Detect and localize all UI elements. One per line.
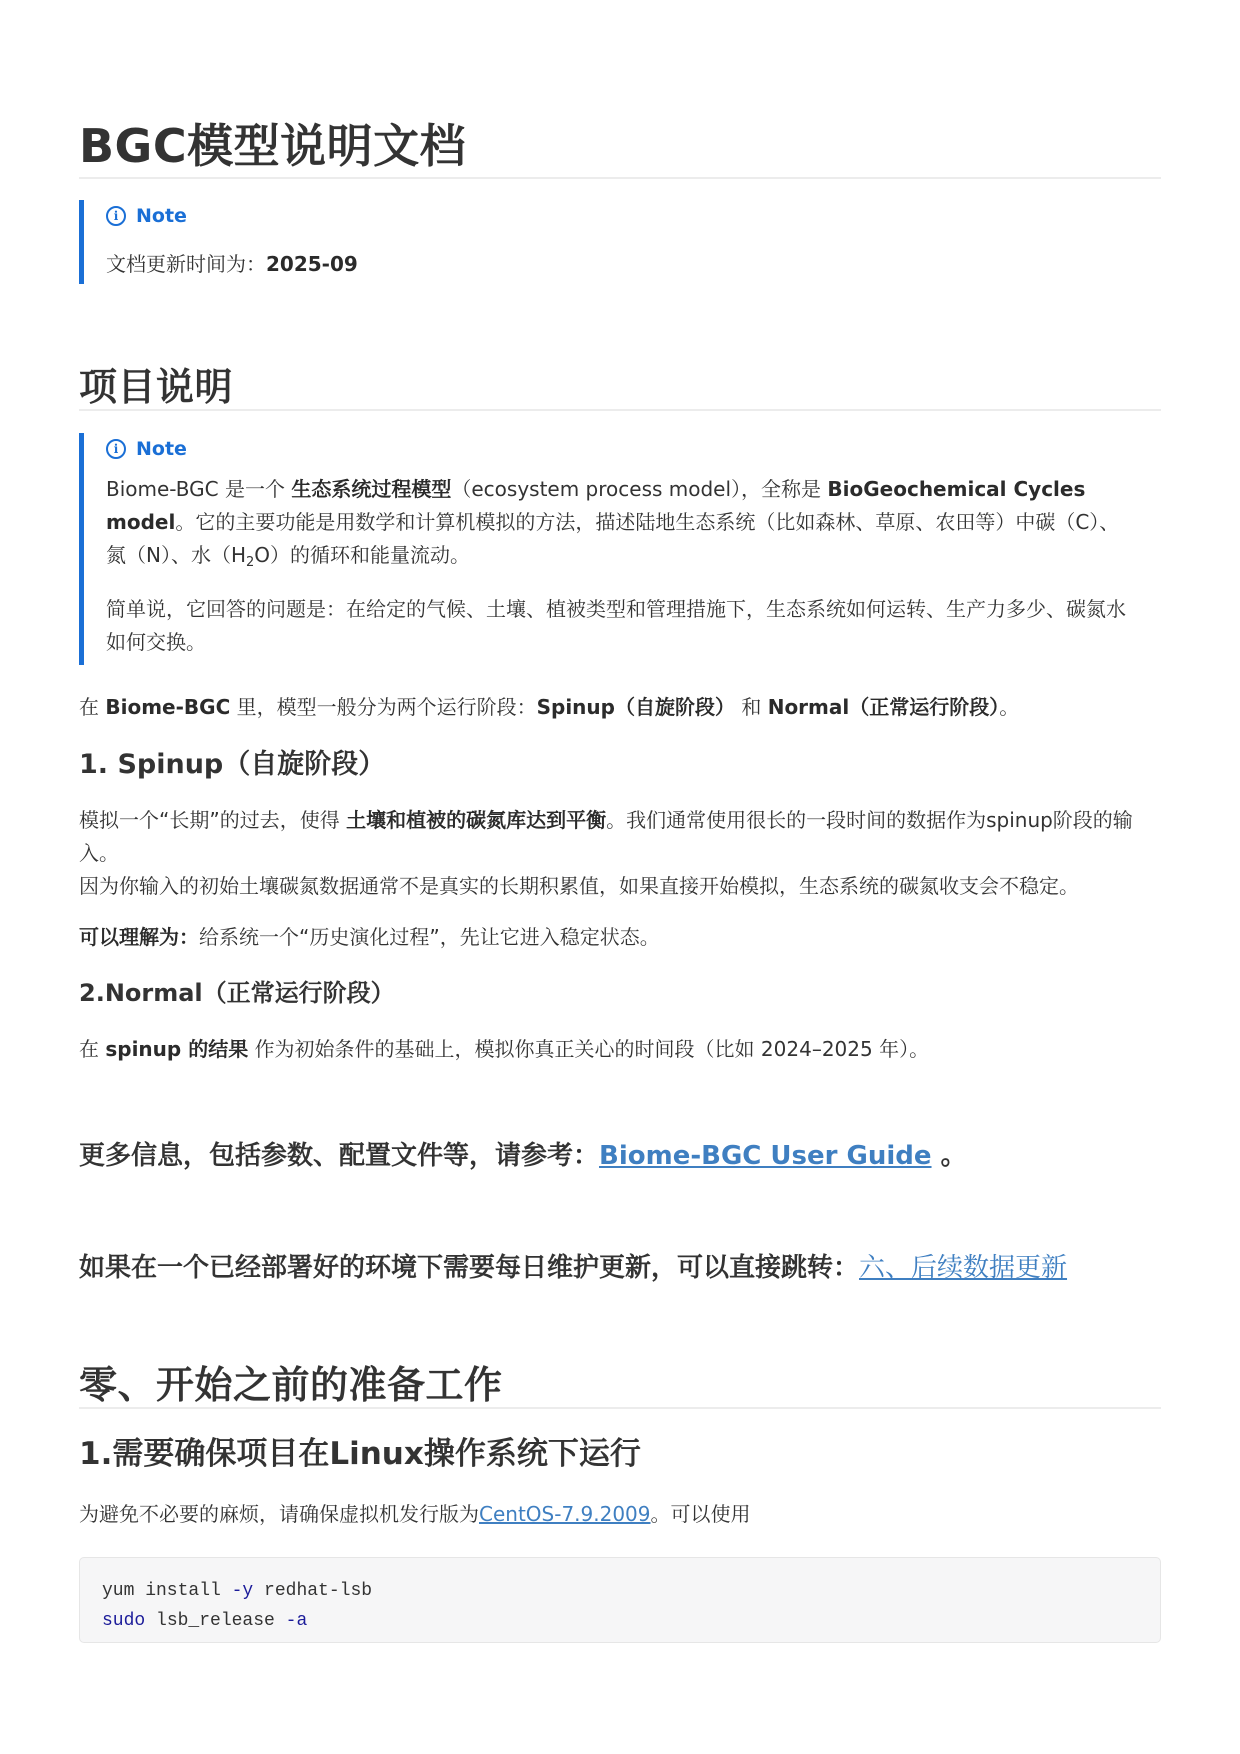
text: 。可以使用: [651, 1502, 751, 1526]
centos-link[interactable]: CentOS-7.9.2009: [479, 1502, 651, 1526]
code-line-1: yum install -y redhat-lsb: [102, 1576, 1138, 1606]
bold-text: 生态系统过程模型: [291, 477, 451, 501]
update-date-value: 2025-09: [266, 252, 358, 276]
text: 。: [999, 695, 1019, 719]
bold-text: Normal（正常运行阶段）: [768, 695, 1000, 719]
text: 给系统一个“历史演化过程”，先让它进入稳定状态。: [199, 925, 660, 949]
text: 更多信息，包括参数、配置文件等，请参考：: [79, 1141, 599, 1171]
normal-description: 在 spinup 的结果 作为初始条件的基础上，模拟你真正关心的时间段（比如 2…: [79, 1033, 929, 1066]
data-update-link[interactable]: 六、后续数据更新: [859, 1253, 1067, 1283]
subheading-linux: 1.需要确保项目在Linux操作系统下运行: [79, 1434, 641, 1474]
section-divider-project: [79, 409, 1161, 411]
bold-text: spinup 的结果: [105, 1037, 248, 1061]
bold-text: 土壤和植被的碳氮库达到平衡: [346, 808, 606, 832]
code-text: lsb_release: [145, 1611, 285, 1631]
text: 因为你输入的初始土壤碳氮数据通常不是真实的长期积累值，如果直接开始模拟，生态系统…: [79, 874, 1079, 898]
info-icon: i: [106, 439, 126, 459]
update-date-label: 文档更新时间为：: [106, 252, 266, 276]
text: 为避免不必要的麻烦，请确保虚拟机发行版为: [79, 1502, 479, 1526]
user-guide-link[interactable]: Biome-BGC User Guide: [599, 1141, 932, 1171]
code-text: yum install: [102, 1581, 232, 1601]
text: 在: [79, 695, 105, 719]
title-divider: [79, 177, 1161, 179]
subheading-spinup: 1. Spinup（自旋阶段）: [79, 747, 385, 783]
spinup-understanding: 可以理解为：给系统一个“历史演化过程”，先让它进入稳定状态。: [79, 921, 660, 954]
code-flag: -y: [232, 1581, 254, 1601]
note-paragraph-summary: 简单说，它回答的问题是：在给定的气候、土壤、植被类型和管理措施下，生态系统如何运…: [106, 593, 1161, 659]
centos-requirement: 为避免不必要的麻烦，请确保虚拟机发行版为CentOS-7.9.2009。可以使用: [79, 1498, 751, 1531]
jump-line: 如果在一个已经部署好的环境下需要每日维护更新，可以直接跳转：六、后续数据更新: [79, 1250, 1067, 1286]
note-title: i Note: [106, 437, 1161, 461]
text: 作为初始条件的基础上，模拟你真正关心的时间段（比如 2024–2025 年）。: [248, 1037, 929, 1061]
section-heading-project: 项目说明: [79, 362, 233, 412]
subheading-normal: 2.Normal（正常运行阶段）: [79, 976, 395, 1010]
note-callout-project: i Note Biome-BGC 是一个 生态系统过程模型（ecosystem …: [79, 433, 1161, 665]
text: 如果在一个已经部署好的环境下需要每日维护更新，可以直接跳转：: [79, 1253, 859, 1283]
note-paragraph-intro: Biome-BGC 是一个 生态系统过程模型（ecosystem process…: [106, 473, 1161, 579]
text: O）的循环和能量流动。: [254, 543, 470, 567]
text: 在: [79, 1037, 105, 1061]
text: 里，模型一般分为两个运行阶段：: [230, 695, 536, 719]
note-label: Note: [136, 204, 187, 228]
text: 。: [932, 1141, 967, 1171]
bold-text: Biome-BGC: [105, 695, 230, 719]
section-divider-prep: [79, 1407, 1161, 1409]
code-block[interactable]: yum install -y redhat-lsb sudo lsb_relea…: [79, 1557, 1161, 1643]
bold-text: Spinup（自旋阶段）: [537, 695, 735, 719]
note-callout-update: i Note 文档更新时间为：2025-09: [79, 200, 1161, 284]
page-title: BGC模型说明文档: [79, 116, 466, 176]
stages-intro: 在 Biome-BGC 里，模型一般分为两个运行阶段：Spinup（自旋阶段） …: [79, 691, 1019, 724]
more-info-line: 更多信息，包括参数、配置文件等，请参考：Biome-BGC User Guide…: [79, 1138, 967, 1174]
code-keyword: sudo: [102, 1611, 145, 1631]
text: Biome-BGC 是一个: [106, 477, 291, 501]
bold-text: 可以理解为：: [79, 925, 199, 949]
update-date-text: 文档更新时间为：2025-09: [106, 248, 1161, 281]
text: （ecosystem process model），全称是: [451, 477, 827, 501]
note-label: Note: [136, 437, 187, 461]
code-line-2: sudo lsb_release -a: [102, 1606, 1138, 1636]
info-icon: i: [106, 206, 126, 226]
code-text: redhat-lsb: [253, 1581, 372, 1601]
text: 模拟一个“长期”的过去，使得: [79, 808, 346, 832]
text: 和: [735, 695, 768, 719]
spinup-description: 模拟一个“长期”的过去，使得 土壤和植被的碳氮库达到平衡。我们通常使用很长的一段…: [79, 804, 1161, 903]
section-heading-prep: 零、开始之前的准备工作: [79, 1360, 503, 1410]
note-title: i Note: [106, 204, 1161, 228]
code-flag: -a: [286, 1611, 308, 1631]
